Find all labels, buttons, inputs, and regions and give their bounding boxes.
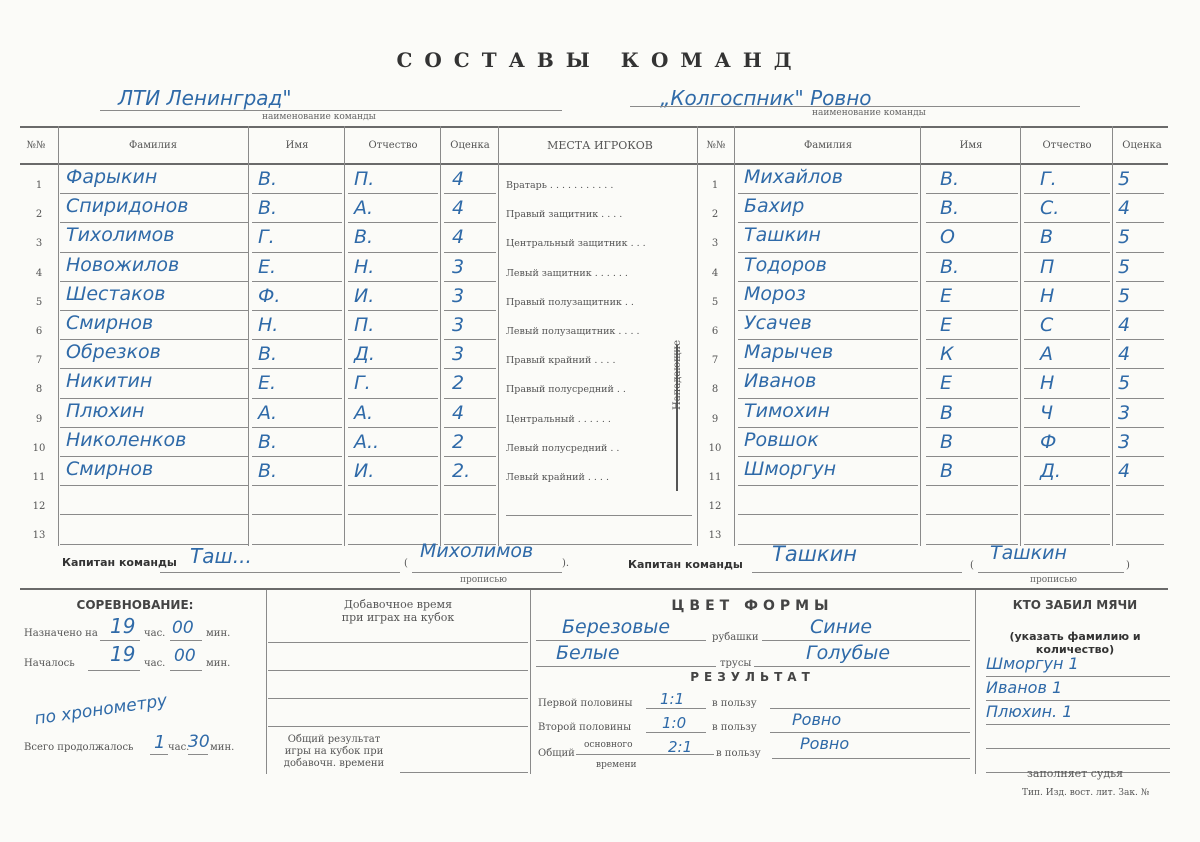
position-label: Правый крайний . . . . xyxy=(506,355,615,366)
player-rating: 4 xyxy=(1118,314,1130,336)
scheduled-label: Назначено на xyxy=(24,628,98,639)
player-rating: 3 xyxy=(452,314,464,336)
total-sub-top: основного xyxy=(584,740,633,750)
shirts-label: рубашки xyxy=(712,632,758,643)
in-favor-label: в пользу xyxy=(716,748,761,759)
hours-label: час. xyxy=(144,658,165,669)
player-patronymic: Д. xyxy=(354,343,375,365)
row-number: 8 xyxy=(24,384,54,395)
player-surname: Новожилов xyxy=(66,254,179,276)
scheduled-hours: 19 xyxy=(110,614,135,638)
first-half-score: 1:1 xyxy=(660,690,684,708)
player-name: Е xyxy=(940,285,952,307)
player-name: Е xyxy=(940,372,952,394)
right-captain-name: Ташкин xyxy=(990,542,1067,564)
scorer-entry: Иванов 1 xyxy=(986,678,1062,697)
attack-label: Нападающие xyxy=(672,340,683,410)
player-rating: 5 xyxy=(1118,372,1130,394)
row-number: 2 xyxy=(700,209,730,220)
player-rating: 3 xyxy=(1118,402,1130,424)
player-name: Е. xyxy=(258,372,276,394)
player-name: В. xyxy=(258,197,277,219)
player-rating: 3 xyxy=(452,285,464,307)
row-number: 11 xyxy=(700,472,730,483)
positions-header: МЕСТА ИГРОКОВ xyxy=(500,139,700,152)
scorers-subtitle: (указать фамилию и xyxy=(975,630,1175,643)
player-name: В. xyxy=(258,460,277,482)
player-patronymic: Ф xyxy=(1040,431,1056,453)
left-col-name: Имя xyxy=(250,140,344,151)
player-rating: 5 xyxy=(1118,226,1130,248)
player-name: Е. xyxy=(258,256,276,278)
left-captain-signature: Таш... xyxy=(190,544,252,568)
left-captain-label: Капитан команды xyxy=(62,556,177,569)
scorer-entry: Шморгун 1 xyxy=(986,654,1079,673)
player-name: Г. xyxy=(258,226,275,248)
player-name: В xyxy=(940,460,953,482)
scorer-entry: Плюхин. 1 xyxy=(986,702,1072,721)
left-team-caption: наименование команды xyxy=(262,112,376,122)
player-surname: Мороз xyxy=(744,283,806,305)
second-half-label: Второй половины xyxy=(538,722,631,733)
player-surname: Шестаков xyxy=(66,283,165,305)
player-patronymic: Ч xyxy=(1040,402,1053,424)
extra-total-label: Общий результат xyxy=(272,734,396,745)
player-surname: Обрезков xyxy=(66,341,161,363)
player-surname: Михайлов xyxy=(744,166,843,188)
right-col-surname: Фамилия xyxy=(736,140,920,151)
hours-label: час. xyxy=(168,742,189,753)
player-rating: 5 xyxy=(1118,256,1130,278)
player-surname: Плюхин xyxy=(66,400,144,422)
player-name: А. xyxy=(258,402,277,424)
extra-total-label-3: добавочн. времени xyxy=(272,758,396,769)
position-label: Правый защитник . . . . xyxy=(506,209,622,220)
row-number: 13 xyxy=(24,530,54,541)
left-col-rating: Оценка xyxy=(442,140,498,151)
started-label: Началось xyxy=(24,658,75,669)
player-surname: Ташкин xyxy=(744,224,821,246)
row-number: 1 xyxy=(24,180,54,191)
player-patronymic: П xyxy=(1040,256,1054,278)
row-number: 9 xyxy=(700,414,730,425)
right-captain-label: Капитан команды xyxy=(628,558,743,571)
player-surname: Смирнов xyxy=(66,312,153,334)
position-label: Левый защитник . . . . . . xyxy=(506,268,628,279)
position-label: Левый полузащитник . . . . xyxy=(506,326,640,337)
row-number: 7 xyxy=(700,355,730,366)
duration-minutes: 30 xyxy=(188,732,210,752)
started-hours: 19 xyxy=(110,642,135,666)
player-surname: Спиридонов xyxy=(66,195,188,217)
player-rating: 2 xyxy=(452,431,464,453)
player-name: В. xyxy=(258,431,277,453)
player-surname: Бахир xyxy=(744,195,804,217)
player-surname: Николенков xyxy=(66,429,186,451)
position-label: Левый полусредний . . xyxy=(506,443,619,454)
player-name: К xyxy=(940,343,954,365)
player-rating: 3 xyxy=(452,343,464,365)
row-number: 2 xyxy=(24,209,54,220)
row-number: 4 xyxy=(24,268,54,279)
player-surname: Иванов xyxy=(744,370,816,392)
player-name: Н. xyxy=(258,314,278,336)
player-surname: Тимохин xyxy=(744,400,830,422)
total-sub-bottom: времени xyxy=(596,760,636,770)
row-number: 6 xyxy=(24,326,54,337)
player-patronymic: В xyxy=(1040,226,1053,248)
shorts-label: трусы xyxy=(720,658,751,669)
shorts-color-left: Белые xyxy=(556,642,620,664)
player-rating: 4 xyxy=(452,197,464,219)
position-label: Центральный защитник . . . xyxy=(506,238,646,249)
right-col-patronymic: Отчество xyxy=(1022,140,1112,151)
row-number: 12 xyxy=(24,501,54,512)
uniform-title: ЦВЕТ ФОРМЫ xyxy=(530,598,975,614)
competition-title: СОРЕВНОВАНИЕ: xyxy=(60,598,210,612)
left-captain-caption: прописью xyxy=(460,575,507,585)
player-rating: 4 xyxy=(452,402,464,424)
in-favor-label: в пользу xyxy=(712,722,757,733)
player-name: Е xyxy=(940,314,952,336)
player-surname: Марычев xyxy=(744,341,833,363)
player-name: В. xyxy=(940,168,959,190)
total-label: Общий xyxy=(538,748,575,759)
minutes-label: мин. xyxy=(210,742,234,753)
result-title: РЕЗУЛЬТАТ xyxy=(530,670,975,684)
player-name: В xyxy=(940,431,953,453)
hours-label: час. xyxy=(144,628,165,639)
left-col-num: №№ xyxy=(20,140,52,151)
player-surname: Никитин xyxy=(66,370,152,392)
player-patronymic: Г. xyxy=(1040,168,1057,190)
player-surname: Фарыкин xyxy=(66,166,157,188)
player-patronymic: А. xyxy=(354,197,373,219)
position-label: Левый крайний . . . . xyxy=(506,472,609,483)
scheduled-minutes: 00 xyxy=(172,618,194,638)
player-patronymic: П. xyxy=(354,168,374,190)
shirts-color-right: Синие xyxy=(810,616,872,638)
right-team-caption: наименование команды xyxy=(812,108,926,118)
scorers-title: КТО ЗАБИЛ МЯЧИ xyxy=(975,598,1175,612)
row-number: 7 xyxy=(24,355,54,366)
player-patronymic: А. xyxy=(354,402,373,424)
player-surname: Усачев xyxy=(744,312,812,334)
row-number: 5 xyxy=(24,297,54,308)
right-captain-signature: Ташкин xyxy=(772,542,857,566)
player-patronymic: Н xyxy=(1040,285,1054,307)
player-surname: Ровшок xyxy=(744,429,819,451)
scorers-footer: заполняет судья xyxy=(975,767,1175,780)
player-rating: 3 xyxy=(1118,431,1130,453)
row-number: 4 xyxy=(700,268,730,279)
in-favor-label: в пользу xyxy=(712,698,757,709)
total-score: 2:1 xyxy=(668,738,692,756)
player-patronymic: Н. xyxy=(354,256,374,278)
second-half-favor: Ровно xyxy=(792,710,841,729)
player-name: В. xyxy=(940,197,959,219)
row-number: 6 xyxy=(700,326,730,337)
left-captain-name: Михолимов xyxy=(420,540,533,562)
player-rating: 4 xyxy=(452,226,464,248)
player-patronymic: П. xyxy=(354,314,374,336)
minutes-label: мин. xyxy=(206,658,230,669)
player-patronymic: В. xyxy=(354,226,373,248)
position-label: Правый полусредний . . xyxy=(506,384,626,395)
player-patronymic: Н xyxy=(1040,372,1054,394)
row-number: 13 xyxy=(700,530,730,541)
player-patronymic: С xyxy=(1040,314,1053,336)
shirts-color-left: Березовые xyxy=(562,616,670,638)
right-col-name: Имя xyxy=(922,140,1020,151)
duration-label: Всего продолжалось xyxy=(24,742,134,753)
extra-time-subtitle: при играх на кубок xyxy=(266,611,530,624)
total-favor: Ровно xyxy=(800,734,849,753)
player-name: В. xyxy=(940,256,959,278)
extra-time-title: Добавочное время xyxy=(266,598,530,611)
row-number: 5 xyxy=(700,297,730,308)
row-number: 3 xyxy=(700,238,730,249)
row-number: 11 xyxy=(24,472,54,483)
player-patronymic: А xyxy=(1040,343,1053,365)
player-name: Ф. xyxy=(258,285,280,307)
position-label: Центральный . . . . . . xyxy=(506,414,611,425)
left-col-surname: Фамилия xyxy=(58,140,248,151)
position-label: Вратарь . . . . . . . . . . . xyxy=(506,180,613,191)
row-number: 9 xyxy=(24,414,54,425)
player-rating: 4 xyxy=(1118,343,1130,365)
player-rating: 4 xyxy=(452,168,464,190)
player-patronymic: Г. xyxy=(354,372,371,394)
player-patronymic: И. xyxy=(354,285,374,307)
row-number: 1 xyxy=(700,180,730,191)
player-name: О xyxy=(940,226,955,248)
shorts-color-right: Голубые xyxy=(806,642,890,664)
player-patronymic: И. xyxy=(354,460,374,482)
player-rating: 4 xyxy=(1118,460,1130,482)
print-note: Тип. Изд. вост. лит. Зак. № xyxy=(1022,788,1149,798)
player-rating: 4 xyxy=(1118,197,1130,219)
left-team-name: ЛТИ Ленинград" xyxy=(118,86,292,110)
duration-hours: 1 xyxy=(154,732,165,753)
player-rating: 3 xyxy=(452,256,464,278)
row-number: 10 xyxy=(24,443,54,454)
player-surname: Тихолимов xyxy=(66,224,174,246)
player-rating: 2 xyxy=(452,372,464,394)
row-number: 12 xyxy=(700,501,730,512)
left-col-patronymic: Отчество xyxy=(346,140,440,151)
player-surname: Шморгун xyxy=(744,458,836,480)
player-name: В. xyxy=(258,343,277,365)
right-col-rating: Оценка xyxy=(1114,140,1170,151)
first-half-label: Первой половины xyxy=(538,698,633,709)
minutes-label: мин. xyxy=(206,628,230,639)
started-minutes: 00 xyxy=(174,646,196,666)
row-number: 8 xyxy=(700,384,730,395)
player-surname: Смирнов xyxy=(66,458,153,480)
player-name: В xyxy=(940,402,953,424)
player-patronymic: Д. xyxy=(1040,460,1061,482)
player-patronymic: А.. xyxy=(354,431,379,453)
row-number: 10 xyxy=(700,443,730,454)
timing-note: по хронометру xyxy=(33,691,168,729)
page-title: СОСТАВЫ КОМАНД xyxy=(0,48,1200,72)
second-half-score: 1:0 xyxy=(662,714,686,732)
player-name: В. xyxy=(258,168,277,190)
player-patronymic: С. xyxy=(1040,197,1059,219)
right-col-num: №№ xyxy=(698,140,734,151)
player-rating: 2. xyxy=(452,460,470,482)
extra-total-label-2: игры на кубок при xyxy=(272,746,396,757)
player-rating: 5 xyxy=(1118,285,1130,307)
row-number: 3 xyxy=(24,238,54,249)
position-label: Правый полузащитник . . xyxy=(506,297,634,308)
player-surname: Тодоров xyxy=(744,254,827,276)
player-rating: 5 xyxy=(1118,168,1130,190)
right-captain-caption: прописью xyxy=(1030,575,1077,585)
